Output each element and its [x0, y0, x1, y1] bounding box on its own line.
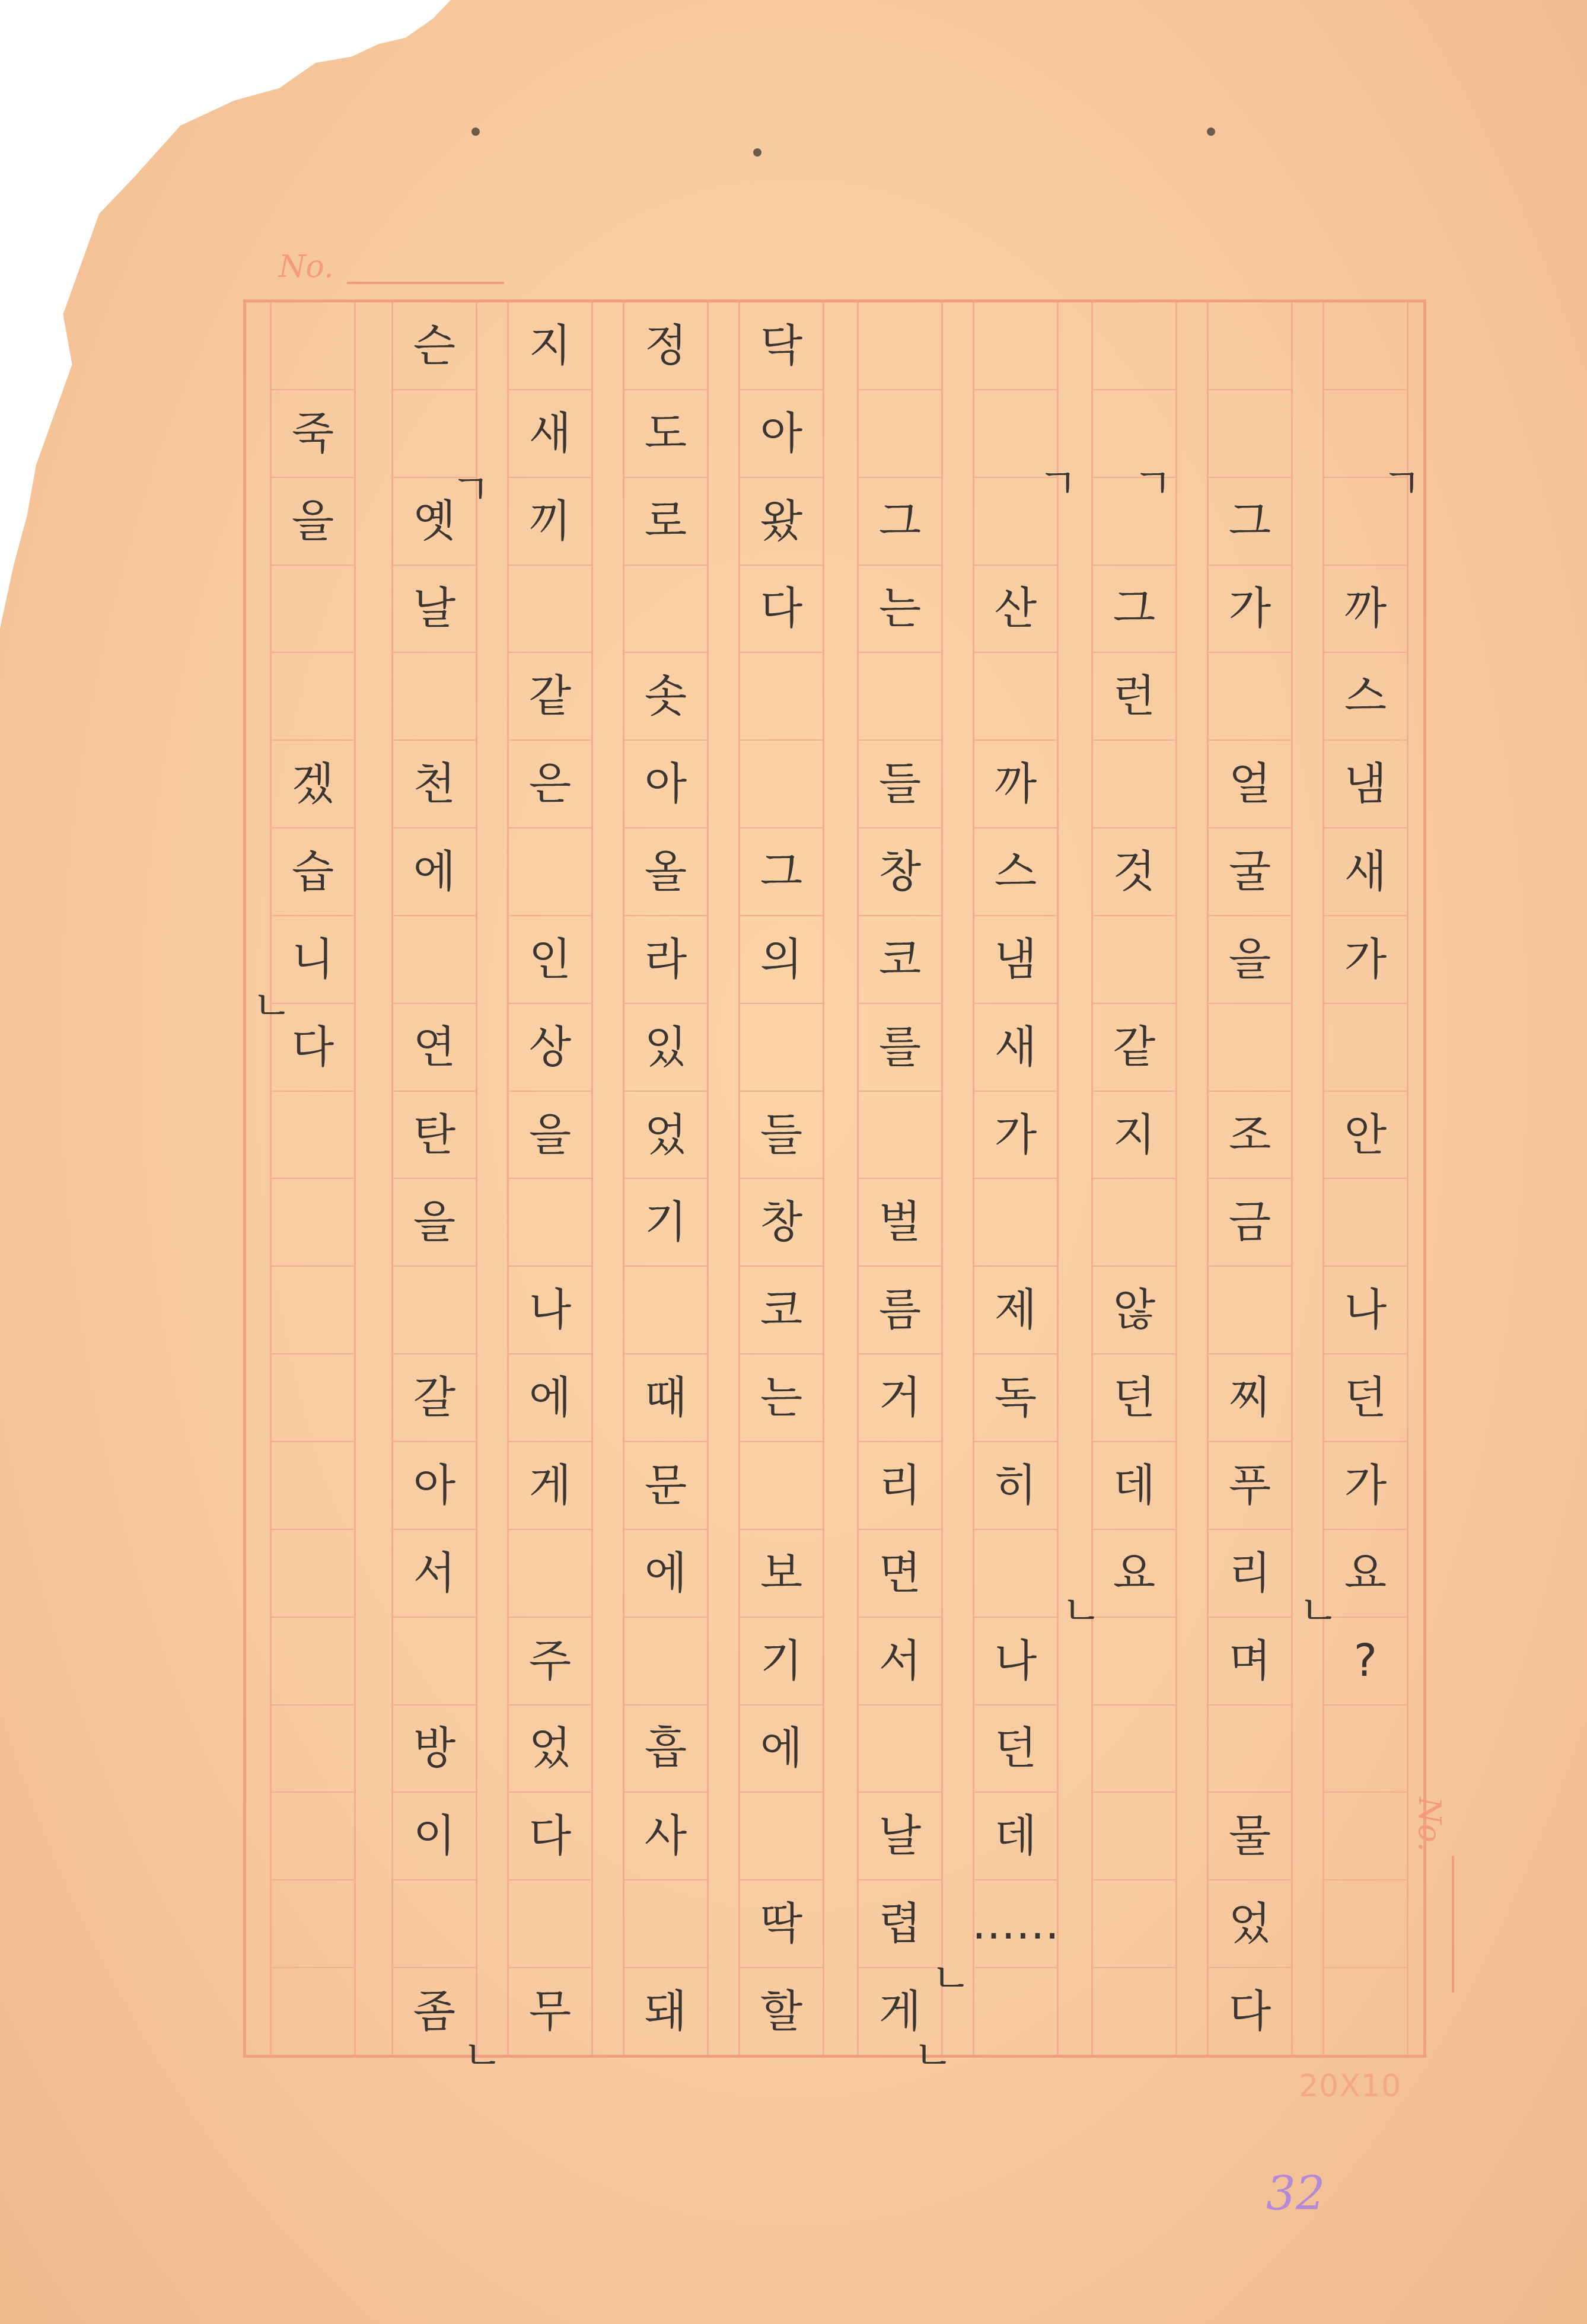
manuscript-cell — [393, 1267, 476, 1354]
page-number: 32 — [1266, 2167, 1325, 2221]
manuscript-cell: 는 — [740, 1354, 823, 1442]
manuscript-cell — [509, 1179, 591, 1267]
manuscript-cell: 던 — [1093, 1354, 1175, 1442]
manuscript-column: 그가얼굴을조금찌푸리며물었다 — [1207, 302, 1293, 2055]
manuscript-cell: 이 — [393, 1793, 476, 1880]
manuscript-cell — [1324, 1880, 1407, 1968]
manuscript-cell: 흡 — [624, 1705, 707, 1793]
manuscript-cell: 코 — [740, 1267, 823, 1354]
manuscript-cell — [1093, 1793, 1175, 1880]
manuscript-cell — [974, 302, 1057, 390]
manuscript-cell: 가 — [1324, 916, 1407, 1004]
manuscript-cell: 의 — [740, 916, 823, 1004]
manuscript-cell — [272, 1793, 354, 1880]
manuscript-cell: 주 — [509, 1618, 591, 1705]
manuscript-cell — [624, 1880, 707, 1968]
manuscript-cell — [272, 1179, 354, 1267]
manuscript-cell: 새 — [974, 1004, 1057, 1092]
manuscript-cell: 기 — [624, 1179, 707, 1267]
manuscript-cell: 올 — [624, 828, 707, 916]
manuscript-cell — [1324, 1179, 1407, 1267]
manuscript-column: 슨옛날천에연탄을갈아서방이좀 — [391, 302, 477, 2055]
manuscript-cell — [1324, 1004, 1407, 1092]
manuscript-cell — [509, 566, 591, 653]
manuscript-cell: 다 — [1209, 1968, 1291, 2055]
manuscript-cell: 갈 — [393, 1354, 476, 1442]
manuscript-cell: 렵 — [859, 1880, 941, 1968]
manuscript-cell: 탄 — [393, 1092, 476, 1179]
manuscript-cell — [393, 653, 476, 741]
manuscript-cell: 데 — [974, 1793, 1057, 1880]
manuscript-column: 그런것같지않던데요 — [1091, 302, 1177, 2055]
manuscript-column: 죽을겠습니다 — [270, 302, 356, 2055]
manuscript-cell: 안 — [1324, 1092, 1407, 1179]
manuscript-cell — [1324, 1793, 1407, 1880]
manuscript-cell — [859, 1092, 941, 1179]
paragraph-end-mark: ㄴ — [913, 2022, 954, 2082]
manuscript-cell — [272, 1530, 354, 1618]
side-number-line — [1452, 1856, 1454, 1993]
manuscript-cell: 날 — [393, 566, 476, 653]
manuscript-cell: 때 — [624, 1354, 707, 1442]
manuscript-cell: 돼 — [624, 1968, 707, 2055]
manuscript-cell: 같 — [509, 653, 591, 741]
manuscript-cell — [272, 1354, 354, 1442]
manuscript-cell: 를 — [859, 1004, 941, 1092]
manuscript-cell: 냄 — [974, 916, 1057, 1004]
manuscript-cell: 데 — [1093, 1442, 1175, 1530]
manuscript-cell: 물 — [1209, 1793, 1291, 1880]
manuscript-cell: 끼 — [509, 478, 591, 566]
manuscript-cell — [1093, 302, 1175, 390]
manuscript-cell: 나 — [974, 1618, 1057, 1705]
manuscript-cell: 무 — [509, 1968, 591, 2055]
paragraph-end-mark: ㄴ — [931, 1945, 971, 2005]
manuscript-cell — [1324, 302, 1407, 390]
manuscript-cell: 그 — [740, 828, 823, 916]
manuscript-cell: 산 — [974, 566, 1057, 653]
manuscript-cell: 보 — [740, 1530, 823, 1618]
header-number-line — [347, 282, 504, 284]
manuscript-cell: 새 — [509, 390, 591, 478]
manuscript-cell: 요 — [1093, 1530, 1175, 1618]
manuscript-cell: 닥 — [740, 302, 823, 390]
manuscript-cell — [1324, 1705, 1407, 1793]
manuscript-cell — [624, 1618, 707, 1705]
manuscript-cell: 아 — [740, 390, 823, 478]
manuscript-cell: 을 — [509, 1092, 591, 1179]
manuscript-cell: 냄 — [1324, 741, 1407, 828]
manuscript-cell — [272, 302, 354, 390]
manuscript-cell: 며 — [1209, 1618, 1291, 1705]
manuscript-cell: 있 — [624, 1004, 707, 1092]
paragraph-end-mark: ㄴ — [1062, 1577, 1102, 1637]
paragraph-start-mark: ㄱ — [451, 457, 491, 517]
manuscript-cell — [393, 1618, 476, 1705]
manuscript-cell: 연 — [393, 1004, 476, 1092]
manuscript-cell: 까 — [1324, 566, 1407, 653]
manuscript-cell — [509, 828, 591, 916]
manuscript-cell — [740, 1442, 823, 1530]
manuscript-cell: 창 — [859, 828, 941, 916]
manuscript-cell: 스 — [1324, 653, 1407, 741]
manuscript-cell: 굴 — [1209, 828, 1291, 916]
manuscript-cell: 거 — [859, 1354, 941, 1442]
grid-size-label: 20X10 — [1299, 2068, 1401, 2104]
manuscript-cell: 들 — [859, 741, 941, 828]
manuscript-cell: 그 — [859, 478, 941, 566]
manuscript-cell: 않 — [1093, 1267, 1175, 1354]
manuscript-cell: 지 — [509, 302, 591, 390]
manuscript-cell — [1093, 1618, 1175, 1705]
manuscript-cell — [1209, 390, 1291, 478]
pin-hole — [1207, 127, 1215, 136]
paragraph-start-mark: ㄱ — [1038, 451, 1078, 511]
paragraph-end-mark: ㄴ — [1299, 1577, 1339, 1637]
manuscript-cell: 같 — [1093, 1004, 1175, 1092]
manuscript-cell: 을 — [1209, 916, 1291, 1004]
manuscript-cell: 죽 — [272, 390, 354, 478]
manuscript-column: 까스냄새가안나던가요? — [1322, 302, 1408, 2055]
manuscript-cell — [272, 1442, 354, 1530]
manuscript-cell — [1093, 1705, 1175, 1793]
manuscript-cell: 던 — [1324, 1354, 1407, 1442]
pin-hole — [471, 127, 480, 136]
manuscript-cell: 슨 — [393, 302, 476, 390]
manuscript-cell — [272, 1968, 354, 2055]
manuscript-cell — [1209, 1267, 1291, 1354]
manuscript-cell — [740, 741, 823, 828]
manuscript-cell: 겠 — [272, 741, 354, 828]
manuscript-cell — [1093, 1880, 1175, 1968]
paragraph-end-mark: ㄴ — [463, 2022, 503, 2082]
manuscript-cell: 할 — [740, 1968, 823, 2055]
manuscript-cell: 제 — [974, 1267, 1057, 1354]
manuscript-cell: 리 — [859, 1442, 941, 1530]
manuscript-cell — [272, 1618, 354, 1705]
manuscript-cell — [272, 653, 354, 741]
manuscript-cell: 그 — [1209, 478, 1291, 566]
manuscript-cell — [859, 302, 941, 390]
manuscript-cell: 아 — [393, 1442, 476, 1530]
manuscript-cell: 천 — [393, 741, 476, 828]
manuscript-cell: 히 — [974, 1442, 1057, 1530]
pin-hole — [753, 148, 761, 157]
manuscript-cell: 독 — [974, 1354, 1057, 1442]
manuscript-cell: 새 — [1324, 828, 1407, 916]
manuscript-cell — [272, 1880, 354, 1968]
manuscript-cell: 금 — [1209, 1179, 1291, 1267]
side-number-label: No. — [1411, 1797, 1447, 1851]
manuscript-cell: 솟 — [624, 653, 707, 741]
manuscript-cell: 찌 — [1209, 1354, 1291, 1442]
paragraph-start-mark: ㄱ — [1133, 451, 1173, 511]
manuscript-cell — [272, 566, 354, 653]
manuscript-cell — [1209, 1705, 1291, 1793]
manuscript-cell: 왔 — [740, 478, 823, 566]
manuscript-cell: 푸 — [1209, 1442, 1291, 1530]
manuscript-cell: 아 — [624, 741, 707, 828]
manuscript-cell — [859, 653, 941, 741]
manuscript-cell — [1093, 916, 1175, 1004]
manuscript-cell: 것 — [1093, 828, 1175, 916]
manuscript-cell — [1093, 741, 1175, 828]
manuscript-cell — [272, 1267, 354, 1354]
manuscript-cell — [859, 1705, 941, 1793]
manuscript-cell: 방 — [393, 1705, 476, 1793]
manuscript-cell — [393, 916, 476, 1004]
manuscript-cell: 도 — [624, 390, 707, 478]
manuscript-cell: 서 — [393, 1530, 476, 1618]
manuscript-cell: 날 — [859, 1793, 941, 1880]
manuscript-column: 산까스냄새가제독히나던데…… — [973, 302, 1059, 2055]
manuscript-cell — [974, 1530, 1057, 1618]
manuscript-cell — [1093, 1968, 1175, 2055]
manuscript-cell: 게 — [509, 1442, 591, 1530]
manuscript-cell — [974, 1968, 1057, 2055]
paragraph-start-mark: ㄱ — [1382, 451, 1422, 511]
manuscript-cell — [974, 1179, 1057, 1267]
manuscript-cell: 었 — [509, 1705, 591, 1793]
manuscript-cell — [740, 1793, 823, 1880]
manuscript-cell: 사 — [624, 1793, 707, 1880]
manuscript-cell — [859, 390, 941, 478]
manuscript-cell: 인 — [509, 916, 591, 1004]
manuscript-cell: 얼 — [1209, 741, 1291, 828]
manuscript-column: 정도로솟아올라있었기때문에흡사돼 — [623, 302, 709, 2055]
manuscript-cell: 은 — [509, 741, 591, 828]
manuscript-cell — [740, 1004, 823, 1092]
manuscript-cell — [272, 1705, 354, 1793]
manuscript-cell: 코 — [859, 916, 941, 1004]
manuscript-cell — [1209, 302, 1291, 390]
manuscript-cell — [740, 653, 823, 741]
manuscript-cell: 에 — [624, 1530, 707, 1618]
manuscript-cell: 나 — [509, 1267, 591, 1354]
header-number-label: No. — [279, 249, 333, 285]
manuscript-cell: 는 — [859, 566, 941, 653]
manuscript-cell: 창 — [740, 1179, 823, 1267]
manuscript-cell: 스 — [974, 828, 1057, 916]
manuscript-cell: 름 — [859, 1267, 941, 1354]
manuscript-cell — [624, 566, 707, 653]
manuscript-cell — [1093, 1179, 1175, 1267]
manuscript-cell: 들 — [740, 1092, 823, 1179]
manuscript-cell: 을 — [272, 478, 354, 566]
manuscript-cell: 가 — [974, 1092, 1057, 1179]
manuscript-cell: 라 — [624, 916, 707, 1004]
manuscript-cell — [509, 1530, 591, 1618]
manuscript-cell: 지 — [1093, 1092, 1175, 1179]
manuscript-cell: 런 — [1093, 653, 1175, 741]
manuscript-cell: 습 — [272, 828, 354, 916]
manuscript-cell: 서 — [859, 1618, 941, 1705]
manuscript-cell: 문 — [624, 1442, 707, 1530]
manuscript-cell: 딱 — [740, 1880, 823, 1968]
manuscript-cell: 다 — [740, 566, 823, 653]
manuscript-cell: 가 — [1209, 566, 1291, 653]
manuscript-cell: 에 — [509, 1354, 591, 1442]
manuscript-cell: 기 — [740, 1618, 823, 1705]
manuscript-cell: 던 — [974, 1705, 1057, 1793]
manuscript-cell: 에 — [393, 828, 476, 916]
manuscript-cell: 상 — [509, 1004, 591, 1092]
manuscript-cell: 다 — [509, 1793, 591, 1880]
manuscript-cell — [974, 653, 1057, 741]
manuscript-column: 그는들창코를벌름거리면서날렵게 — [857, 302, 943, 2055]
manuscript-cell: 정 — [624, 302, 707, 390]
paragraph-end-mark: ㄴ — [252, 973, 292, 1032]
manuscript-cell: 가 — [1324, 1442, 1407, 1530]
manuscript-cell — [1324, 1968, 1407, 2055]
manuscript-cell: 그 — [1093, 566, 1175, 653]
manuscript-cell — [509, 1880, 591, 1968]
manuscript-cell: 까 — [974, 741, 1057, 828]
manuscript-cell: 벌 — [859, 1179, 941, 1267]
manuscript-cell — [393, 1880, 476, 1968]
manuscript-cell: 조 — [1209, 1092, 1291, 1179]
manuscript-cell: …… — [974, 1880, 1057, 1968]
manuscript-cell: 에 — [740, 1705, 823, 1793]
manuscript-cell — [272, 1092, 354, 1179]
manuscript-cell: 리 — [1209, 1530, 1291, 1618]
manuscript-cell — [1209, 1004, 1291, 1092]
manuscript-cell: 나 — [1324, 1267, 1407, 1354]
manuscript-cell: 면 — [859, 1530, 941, 1618]
manuscript-cell: 을 — [393, 1179, 476, 1267]
manuscript-cell: 었 — [624, 1092, 707, 1179]
manuscript-cell: 었 — [1209, 1880, 1291, 1968]
manuscript-column: 지새끼같은인상을나에게주었다무 — [507, 302, 593, 2055]
manuscript-cell — [624, 1267, 707, 1354]
manuscript-cell: 로 — [624, 478, 707, 566]
manuscript-column: 닥아왔다그의들창코는보기에딱할 — [738, 302, 824, 2055]
manuscript-cell — [1209, 653, 1291, 741]
